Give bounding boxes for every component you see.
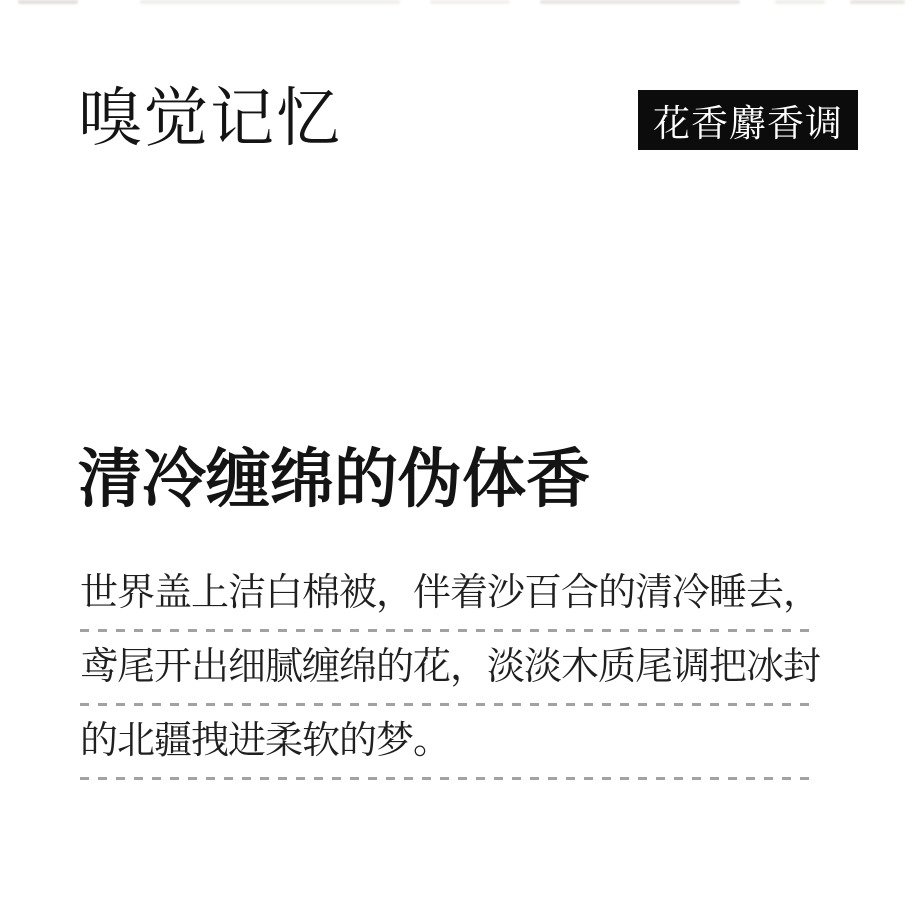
- page-title: 嗅觉记忆: [78, 82, 342, 156]
- crop-smudge: [540, 0, 740, 4]
- description-paragraph: 世界盖上洁白棉被，伴着沙百合的清冷睡去， 鸢尾开出细腻缠绵的花，淡淡木质尾调把冰…: [80, 558, 818, 780]
- top-crop-artifact: [0, 0, 912, 6]
- scent-type-badge: 花香麝香调: [638, 90, 858, 150]
- section-heading: 清冷缠绵的伪体香: [78, 442, 590, 519]
- crop-smudge: [140, 0, 400, 4]
- crop-smudge: [18, 0, 78, 4]
- crop-smudge: [430, 0, 510, 4]
- paragraph-line-text: 世界盖上洁白棉被，伴着沙百合的清冷睡去，: [80, 558, 818, 616]
- paragraph-line: 鸢尾开出细腻缠绵的花，淡淡木质尾调把冰封: [80, 632, 818, 706]
- paragraph-line-text: 的北疆拽进柔软的梦。: [80, 706, 818, 764]
- crop-smudge: [775, 0, 825, 4]
- paragraph-line: 的北疆拽进柔软的梦。: [80, 706, 818, 780]
- crop-smudge: [850, 0, 905, 4]
- paragraph-line: 世界盖上洁白棉被，伴着沙百合的清冷睡去，: [80, 558, 818, 632]
- paragraph-line-text: 鸢尾开出细腻缠绵的花，淡淡木质尾调把冰封: [80, 632, 818, 690]
- product-description-section: 嗅觉记忆 花香麝香调 清冷缠绵的伪体香 世界盖上洁白棉被，伴着沙百合的清冷睡去，…: [0, 0, 912, 908]
